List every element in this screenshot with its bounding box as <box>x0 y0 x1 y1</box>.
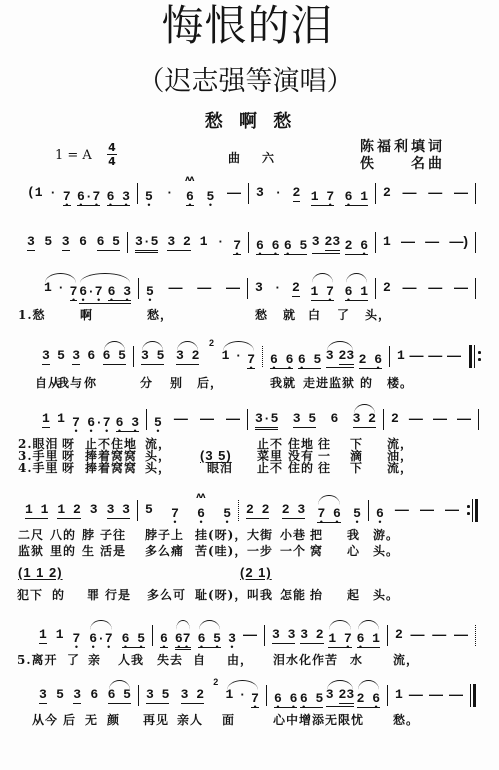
lyric-word: 犯下 <box>17 588 43 602</box>
lyric-word: 泪水化作苦 <box>273 653 338 667</box>
note: 6 <box>330 411 338 426</box>
staff-row-3: 1 · 7• 6·7• • 6 3• • 5• — — — 3 · 2 1 7 … <box>0 280 499 298</box>
note: 6 <box>87 348 95 363</box>
note: 6 1• <box>357 627 380 648</box>
staff-row-8: 3 5 3 6 6 5 3 5 3 2 2 1 · 7• 6 6• • 6 5•… <box>0 687 499 705</box>
lyric-word: 二尺 <box>18 528 44 542</box>
low-octave-dots: • <box>74 646 82 651</box>
note: 1 <box>200 234 208 249</box>
note: 1 <box>397 348 405 363</box>
measure: 5• — — — <box>147 411 247 429</box>
note: 2 <box>293 185 301 202</box>
hold-dash: — <box>429 687 443 702</box>
note: 7• <box>233 234 241 255</box>
staff-row-6: 1 1 1 2 3 3 3 5 7• 6•ʌʌ 5• 2 2 2 3 7 6• … <box>0 502 499 520</box>
lyrics-line: 1.愁 啊 愁， 愁 就 白 了 头， <box>0 308 499 322</box>
hold-dash: — <box>197 280 211 295</box>
lyric-word: 愁， <box>147 308 173 322</box>
note: 2 <box>391 411 399 426</box>
lyric-word: 一步 <box>247 544 273 558</box>
measure: 6 6• • 6 5• 3 23 2 6 • <box>267 687 387 705</box>
lyric-word: 游。 <box>373 528 399 542</box>
lyric-word: 愁 <box>255 308 268 322</box>
note: 6 5 <box>103 348 126 365</box>
note: 2 <box>292 280 300 297</box>
lyric-word: 5.离开 <box>17 653 58 667</box>
note: 1 <box>42 411 50 428</box>
lyric-word: 颜 <box>107 713 120 727</box>
lyric-word: 大街 <box>247 528 273 542</box>
lyric-word: 住的 <box>288 461 314 475</box>
lyric-word: 失去 <box>157 653 183 667</box>
lyric-word: 下 <box>350 461 363 475</box>
note: 7• <box>73 627 81 646</box>
lyric-word: 怎能 <box>280 588 306 602</box>
note: 1 <box>395 687 403 702</box>
low-octave-dots: • • <box>117 430 140 435</box>
low-octave-dots: • <box>73 430 81 435</box>
note: 6 3• • <box>107 185 130 206</box>
lyric-word: 无 <box>85 713 98 727</box>
note: 5• <box>145 185 153 204</box>
lyric-word: 头， <box>145 461 171 475</box>
lyric-word: 后 <box>63 713 76 727</box>
lyric-word: 把 <box>310 528 323 542</box>
low-octave-dots: • <box>229 646 237 651</box>
measure: 3·5 3 5 6 3 2 <box>248 411 383 429</box>
composer-credit-name: 佚 <box>360 156 377 172</box>
measure: 3 5 3 6 6 5 <box>35 348 133 366</box>
bar-line <box>475 183 476 204</box>
note: 3 2 <box>353 411 376 428</box>
note: 1 7 • <box>311 185 334 206</box>
note: 1 <box>56 627 64 642</box>
hold-dash: — <box>457 411 471 426</box>
low-octave-dots: • <box>252 706 260 711</box>
note: 6•ʌʌ <box>186 185 194 206</box>
lyrics-line: 自从 我与 你 分 别 后， 我就 走进监狱 的 楼。 <box>0 376 499 390</box>
lyric-word: 水 <box>350 653 363 667</box>
augmentation-dot: · <box>238 687 246 702</box>
hold-dash: — <box>411 627 425 642</box>
low-octave-dots: • <box>161 646 169 651</box>
bar-line <box>478 409 479 430</box>
note: 5 <box>44 234 52 249</box>
note: 3 <box>90 502 98 517</box>
alternate-notes-line: (1 1 2) (2 1) <box>0 566 499 580</box>
lyric-word: 由， <box>227 653 253 667</box>
hold-dash: — <box>226 280 240 295</box>
low-octave-dots: • • <box>90 646 113 651</box>
augmentation-dot: · <box>274 280 282 295</box>
hold-dash: — <box>454 627 468 642</box>
note: 6 <box>79 234 87 249</box>
staff-row-4: 3 5 3 6 6 5 3 5 3 2 2 1 · 7• 6 6• • 6 5•… <box>0 348 499 366</box>
low-octave-dots: • <box>354 521 362 526</box>
lyric-word: 楼。 <box>387 376 413 390</box>
low-octave-dots: • • <box>80 299 103 304</box>
low-octave-dots: • <box>187 204 195 209</box>
note: 3 5 <box>141 348 164 365</box>
lyric-word: 呀 <box>62 461 75 475</box>
lyric-word: 从今 <box>32 713 58 727</box>
staff-row-1: (1 · 7• 6·7• • 6 3• • 5• · 6•ʌʌ 5• — 3 ·… <box>0 185 499 203</box>
measure: 6• 67•• 6 5• • 3• — <box>153 627 264 645</box>
measure: 1 · 7• 6·7• • 6 3• • <box>37 280 138 298</box>
measure: 5• — — — <box>139 280 247 298</box>
low-octave-dots: • <box>358 706 381 711</box>
note: 3 <box>326 687 334 702</box>
lyric-word: 流， <box>393 653 419 667</box>
low-octave-dots: • <box>346 253 369 258</box>
lyric-word: 监狱 <box>18 544 44 558</box>
note: 3 <box>62 234 70 251</box>
hold-dash: — <box>428 280 442 295</box>
key-signature: 1 = A <box>55 148 92 164</box>
lyric-word: 分 <box>140 376 153 390</box>
hold-dash: — <box>174 411 188 426</box>
hold-dash: — <box>449 687 463 702</box>
hold-dash: — <box>447 348 461 363</box>
lyric-word: 我 <box>347 528 360 542</box>
hold-dash: — <box>409 411 423 426</box>
lyric-word: 的 <box>360 376 373 390</box>
hold-dash: — <box>227 185 241 200</box>
hold-dash: — <box>226 411 240 426</box>
augmentation-dot: · <box>57 280 65 295</box>
note: 5 <box>56 687 64 702</box>
staff-row-5: 1 1 7• 6·7• • 6 3• • 5• — — — 3·5 3 5 6 … <box>0 411 499 429</box>
lyric-word: 多么可 <box>147 588 186 602</box>
note: 7• <box>63 185 71 206</box>
measure: 1 — — — <box>390 348 468 366</box>
lyric-word: 你 <box>84 376 97 390</box>
low-octave-dots: • • <box>108 204 131 209</box>
final-barline <box>470 684 476 707</box>
lyric-word: 亲 <box>88 653 101 667</box>
hold-dash: — <box>454 185 468 200</box>
low-octave-dots: • <box>360 367 383 372</box>
lyric-word: 愁。 <box>393 713 419 727</box>
low-octave-dots: • <box>312 204 335 209</box>
measure: 5• · 6•ʌʌ 5• — <box>138 185 248 203</box>
tune-value: 六 <box>262 151 274 165</box>
lyric-word: 罪 <box>87 588 100 602</box>
note: 3 <box>27 234 35 251</box>
hold-dash: — <box>432 627 446 642</box>
augmentation-dot: · <box>274 185 282 200</box>
note: 1 1 <box>25 502 48 519</box>
hold-dash: — <box>169 280 183 295</box>
time-signature: 4 4 <box>107 142 117 167</box>
low-octave-dots: • • <box>88 430 111 435</box>
note: 6·7• • <box>87 411 110 430</box>
repeat-start-barline <box>469 345 480 368</box>
lyric-word: 头。 <box>373 588 399 602</box>
measure: 1 1 7• 6·7• • 6 5• • <box>32 627 152 645</box>
lyric-word: 走进监狱 <box>303 376 355 390</box>
note: 3 2 <box>300 627 323 644</box>
note: (1 <box>27 185 43 200</box>
augmentation-dot: · <box>166 185 174 200</box>
note: 3 <box>72 348 80 365</box>
hold-dash: — <box>243 627 257 642</box>
lyric-word: 头。 <box>373 544 399 558</box>
augmentation-dot: · <box>234 348 242 363</box>
measure: 2 — — — <box>384 411 478 429</box>
lyrics-line-verse-4: 4.手里 呀 捧着窝窝 头， 眼泪 止不 住的 往 下 流， <box>0 461 499 475</box>
note: 6 5• <box>284 234 307 255</box>
low-octave-dots: • • <box>78 204 101 209</box>
augmentation-dot: · <box>216 234 224 249</box>
measure: 1 1 1 2 3 3 3 <box>18 502 137 520</box>
lyrics-line-verse-3: 监狱 里的 生 活是 多么痛 苦(哇)， 一步 一个 窝 心 头。 <box>0 544 499 558</box>
measure: 3 5 3 2 2 1 · 7• <box>139 687 266 705</box>
note: 1 2 <box>57 502 80 519</box>
note: 5• <box>154 411 162 430</box>
note: 2 <box>383 280 391 295</box>
note: 2 2 <box>246 502 269 519</box>
lyric-word: 自 <box>193 653 206 667</box>
measure: 6 6• • 6 5• 3 23 2 6 • <box>249 234 375 252</box>
lyric-word: 子往 <box>100 528 126 542</box>
note: 2 <box>383 185 391 200</box>
note: 3 2 <box>167 234 190 251</box>
lyric-word: 心 <box>347 544 360 558</box>
low-octave-dots: • <box>64 204 72 209</box>
note: 6•ʌʌ <box>197 502 205 521</box>
performer-subtitle: （迟志强等演唱） <box>0 66 491 98</box>
note: 6·7• • <box>79 280 102 299</box>
time-denominator: 4 <box>107 155 117 167</box>
beat-group: 3 23 <box>326 687 354 707</box>
composer-credit-label: 名曲 <box>411 156 445 172</box>
lyric-word: 1.愁 <box>18 308 46 322</box>
note: 3 5 <box>146 687 169 704</box>
measure: 1 — — —) <box>376 234 475 252</box>
lyric-word: 人我 <box>118 653 144 667</box>
lyric-word: 生 <box>82 544 95 558</box>
hold-dash: — <box>454 280 468 295</box>
time-numerator: 4 <box>107 142 117 155</box>
lyric-word: 捧着窝窝 <box>85 461 137 475</box>
note: 6• <box>376 502 384 521</box>
lyric-word: 小巷 <box>280 528 306 542</box>
beat-group: 3 23 <box>312 234 340 254</box>
note: 3 <box>73 687 81 704</box>
note: 6·7• • <box>77 185 100 206</box>
note: 5 <box>145 502 153 517</box>
note: 3·5 <box>135 234 158 253</box>
low-octave-dots: • • <box>275 706 298 711</box>
note: 7 6• • <box>317 502 340 523</box>
low-octave-dots: • • <box>199 646 222 651</box>
hold-dash: — <box>433 411 447 426</box>
note: 3 2 <box>181 687 204 704</box>
low-octave-dots: • <box>346 299 369 304</box>
hold-dash: — <box>410 348 424 363</box>
alternate-notes: (1 1 2) <box>18 566 63 580</box>
measure: 2 — — — <box>376 280 475 298</box>
note: 6 6• • <box>256 234 279 255</box>
hold-dash: — <box>401 234 415 249</box>
low-octave-dots: • <box>155 430 163 435</box>
page-title: 悔恨的泪 <box>0 3 495 49</box>
slur-group: 1 · 7• <box>44 280 77 301</box>
measure: 3 5 3 6 6 5 <box>32 687 138 705</box>
note: 3 3 <box>272 627 295 644</box>
beat-group: 6·7• • 6 3• • <box>87 411 139 432</box>
note: 6• <box>160 627 168 648</box>
low-octave-dots: • <box>208 204 216 209</box>
low-octave-dots: • <box>330 646 353 651</box>
low-octave-dots: • <box>312 299 335 304</box>
note: 2 <box>395 627 403 642</box>
note: 3 <box>312 234 320 249</box>
note: 6 5• <box>298 348 321 369</box>
low-octave-dots: •• <box>176 646 192 651</box>
lyric-word: 白 <box>308 308 321 322</box>
tune-label: 曲 <box>228 151 240 165</box>
low-octave-dots: • • <box>271 367 294 372</box>
note: 6 6• • <box>270 348 293 369</box>
note: 3 <box>326 348 334 363</box>
lyric-word: 多么痛 <box>145 544 184 558</box>
low-octave-dots: • <box>285 253 308 258</box>
lyrics-line-verse-5: 5.离开 了 亲 人我 失去 自 由， 泪水化作苦 水 流， <box>0 653 499 667</box>
lyric-word: 挂(呀)， <box>195 528 247 542</box>
note: 67•• <box>175 627 191 650</box>
low-octave-dots: • <box>301 706 324 711</box>
note: 6 5 <box>97 234 120 251</box>
measure: 6• — — — <box>369 502 466 520</box>
lyric-word: 面 <box>222 713 235 727</box>
note: 5• <box>146 280 154 299</box>
lyric-word: 我就 <box>270 376 296 390</box>
note: 3·5 <box>255 411 278 430</box>
lyric-word: 耻(呀)， <box>195 588 247 602</box>
low-octave-dots: • <box>358 646 381 651</box>
note: 6 <box>90 687 98 702</box>
low-octave-dots: • <box>299 367 322 372</box>
lyric-word: 心中增添无限忧 <box>273 713 364 727</box>
lyric-word: 的 <box>52 588 65 602</box>
low-octave-dots: • <box>248 367 256 372</box>
low-octave-dots: • <box>224 521 232 526</box>
note: 3 2 <box>176 348 199 365</box>
note: 1 <box>383 234 391 249</box>
note: 6 6• • <box>274 687 297 708</box>
beat-group: 3 23 <box>326 348 354 368</box>
note: 3 5 <box>293 411 316 428</box>
note: 3 <box>39 687 47 704</box>
note: 1 <box>226 687 234 702</box>
measure: 1 1 7• 6·7• • 6 3• • <box>35 411 146 429</box>
note: 7• <box>171 502 179 521</box>
low-octave-dots: • • <box>123 646 146 651</box>
note: 23 <box>325 234 341 251</box>
low-octave-dots: • <box>172 521 180 526</box>
note: 6 5• <box>300 687 323 708</box>
note: 1 7 • <box>311 280 334 301</box>
staff-row-2: 3 5 3 6 6 5 3·5 3 2 1 · 7• 6 6• • 6 5• 3… <box>0 234 499 252</box>
note: 7• <box>72 411 80 430</box>
low-octave-dots: • <box>146 204 154 209</box>
note: 3• <box>228 627 236 646</box>
note: 3 <box>255 280 263 295</box>
note: 7• <box>251 687 259 708</box>
repeat-end-barline <box>467 499 478 522</box>
hold-dash: — <box>403 280 417 295</box>
lyric-word: 起 <box>347 588 360 602</box>
mordent-icon: ʌʌ <box>196 492 204 500</box>
note: 6 1• <box>345 280 368 301</box>
hold-dash: — <box>395 502 409 517</box>
lyric-word: 抬 <box>310 588 323 602</box>
lyric-word: 头， <box>365 308 391 322</box>
lyric-word: 流， <box>387 461 413 475</box>
hold-dash: — <box>420 502 434 517</box>
note: 7• <box>247 348 255 369</box>
note: 3 <box>42 348 50 365</box>
note: 3 3 <box>107 502 130 519</box>
lyricist-credit: 陈福利填词 <box>360 139 445 155</box>
bar-line <box>475 232 476 253</box>
low-octave-dots: • <box>147 299 155 304</box>
lyric-word: 别 <box>170 376 183 390</box>
low-octave-dots: • <box>198 521 206 526</box>
note: 6 5• • <box>122 627 145 648</box>
hold-dash: — <box>425 234 439 249</box>
note: 2 6 • <box>357 687 380 708</box>
lyrics-line: 从今 后 无 颜 再见 亲人 面 心中增添无限忧 愁。 <box>0 713 499 727</box>
low-octave-dots: • <box>377 521 385 526</box>
staff-row-7: 1 1 7• 6·7• • 6 5• • 6• 67•• 6 5• • 3• —… <box>0 627 499 645</box>
mordent-icon: ʌʌ <box>185 175 193 183</box>
lyric-word: 行是 <box>105 588 131 602</box>
slur-group: 6·7• • 6 3• • <box>79 280 131 304</box>
note: 2 6 • <box>359 348 382 369</box>
low-octave-dots: • • <box>109 299 132 304</box>
note: 6·7• • <box>89 627 112 646</box>
note: 1 <box>222 348 230 363</box>
note: 7• <box>70 280 78 301</box>
hold-dash: —) <box>449 234 468 249</box>
song-title: 愁 啊 愁 <box>0 111 499 133</box>
note: 1 <box>39 627 47 644</box>
lyric-word: 一个 <box>280 544 306 558</box>
note: 6 3• • <box>108 280 131 301</box>
lyric-word: 了 <box>67 653 80 667</box>
hold-dash: — <box>445 502 459 517</box>
note: 1 <box>44 280 52 295</box>
lyric-word: 啊 <box>80 308 93 322</box>
note: 23 <box>339 687 355 704</box>
measure: 3·5 3 2 1 · 7• <box>128 234 248 252</box>
augmentation-dot: · <box>49 185 57 200</box>
measure: 3 3 3 2 1 7 • 6 1• <box>265 627 387 645</box>
low-octave-dots: • <box>346 204 369 209</box>
measure: (1 · 7• 6·7• • 6 3• • <box>20 185 137 203</box>
low-octave-dots: • • <box>257 253 280 258</box>
note: 23 <box>339 348 355 365</box>
measure: 1 — — — <box>388 687 470 705</box>
hold-dash: — <box>200 411 214 426</box>
grace-note: 2 <box>213 678 218 687</box>
note: 6 3• • <box>116 411 139 432</box>
low-octave-dots: • • <box>319 521 342 526</box>
low-octave-dots: • <box>234 253 242 258</box>
